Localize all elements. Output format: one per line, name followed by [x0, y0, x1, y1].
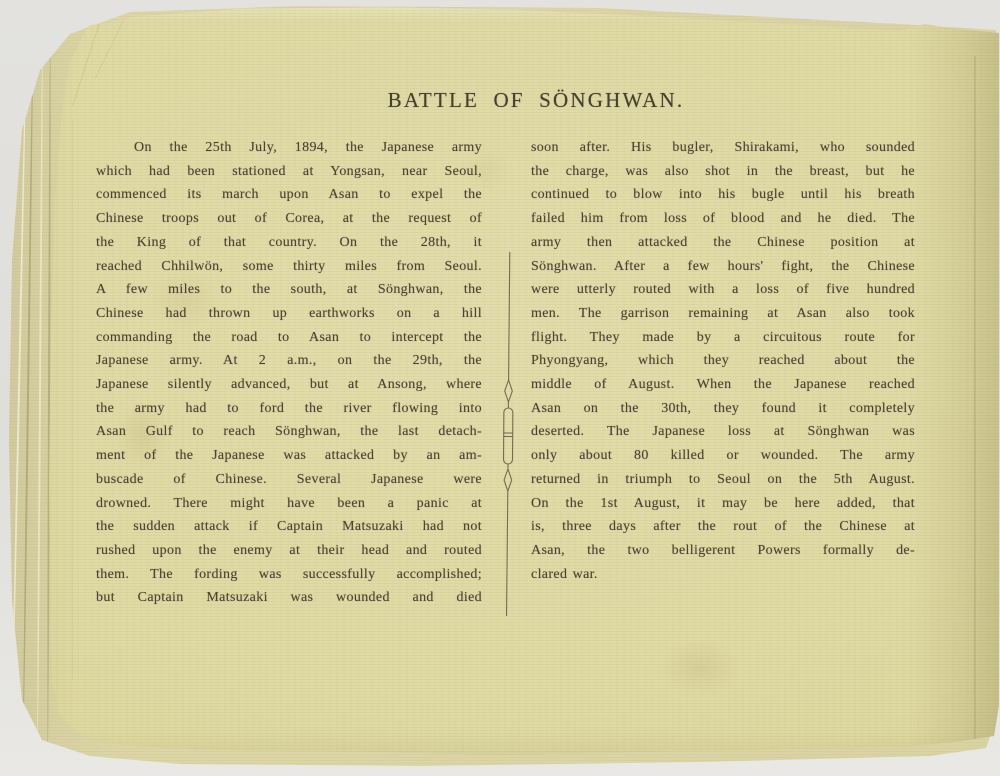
text-column-right: soon after. His bugler, Shirakami, who s…: [531, 136, 915, 586]
text-line: On the 1st August, it may be here added,…: [531, 492, 915, 516]
page-crease: [95, 15, 127, 78]
text-line: were utterly routed with a loss of five …: [531, 278, 915, 302]
text-line: reached Chhilwön, some thirty miles from…: [96, 255, 482, 279]
text-line: which had been stationed at Yongsan, nea…: [96, 160, 482, 184]
text-line: the King of that country. On the 28th, i…: [96, 231, 482, 255]
text-line: Japanese army. At 2 a.m., on the 29th, t…: [96, 349, 482, 373]
page-edge-line: [37, 40, 44, 746]
text-line: middle of August. When the Japanese reac…: [531, 373, 915, 397]
text-line: them. The fording was successfully accom…: [96, 563, 482, 587]
text-line: Chinese troops out of Corea, at the requ…: [96, 207, 482, 231]
text-line: Phyongyang, which they reached about the: [531, 349, 915, 373]
divider-rule-top: [509, 252, 510, 380]
text-line: only about 80 killed or wounded. The arm…: [531, 444, 915, 468]
text-line: the army had to ford the river flowing i…: [96, 397, 482, 421]
text-line: Sönghwan. After a few hours' fight, the …: [531, 255, 915, 279]
text-line: soon after. His bugler, Shirakami, who s…: [531, 136, 915, 160]
text-line: is, three days after the rout of the Chi…: [531, 515, 915, 539]
text-line: Asan on the 30th, they found it complete…: [531, 397, 915, 421]
page-crease: [72, 120, 73, 680]
divider-rule-bottom: [507, 491, 508, 616]
text-line: rushed upon the enemy at their head and …: [96, 539, 482, 563]
page-title: BATTLE OF SÖNGHWAN.: [100, 88, 972, 113]
paper-stain: [660, 640, 740, 695]
text-line: returned in triumph to Seoul on the 5th …: [531, 468, 915, 492]
text-line: commanding the road to Asan to intercept…: [96, 326, 482, 350]
text-line: Asan Gulf to reach Sönghwan, the last de…: [96, 420, 482, 444]
text-line: Chinese had thrown up earthworks on a hi…: [96, 302, 482, 326]
text-line: failed him from loss of blood and he die…: [531, 207, 915, 231]
text-line: the sudden attack if Captain Matsuzaki h…: [96, 515, 482, 539]
text-line: men. The garrison remaining at Asan also…: [531, 302, 915, 326]
divider-diamond-bottom: [504, 469, 512, 491]
divider-diamond-top: [505, 380, 513, 402]
text-line: buscade of Chinese. Several Japanese wer…: [96, 468, 482, 492]
text-line: continued to blow into his bugle until h…: [531, 183, 915, 207]
text-line: army then attacked the Chinese position …: [531, 231, 915, 255]
text-line: deserted. The Japanese loss at Sönghwan …: [531, 420, 915, 444]
text-line: but Captain Matsuzaki was wounded and di…: [96, 586, 482, 610]
text-line: commenced its march upon Asan to expel t…: [96, 183, 482, 207]
text-line: drowned. There might have been a panic a…: [96, 492, 482, 516]
text-line: Asan, the two belligerent Powers formall…: [531, 539, 915, 563]
text-line: the charge, was also shot in the breast,…: [531, 160, 915, 184]
text-column-left: On the 25th July, 1894, the Japanese arm…: [96, 136, 482, 610]
text-line: flight. They made by a circuitous route …: [531, 326, 915, 350]
text-line: On the 25th July, 1894, the Japanese arm…: [96, 136, 482, 160]
page-crease: [974, 56, 976, 744]
text-line: Japanese silently advanced, but at Anson…: [96, 373, 482, 397]
photo-of-book-page: { "page": { "title": "BATTLE OF SÖNGHWAN…: [0, 0, 1000, 776]
text-line: clared war.: [531, 563, 915, 587]
column-divider-ornament: [495, 248, 522, 620]
text-line: ment of the Japanese was attacked by an …: [96, 444, 482, 468]
text-line: A few miles to the south, at Sönghwan, t…: [96, 278, 482, 302]
